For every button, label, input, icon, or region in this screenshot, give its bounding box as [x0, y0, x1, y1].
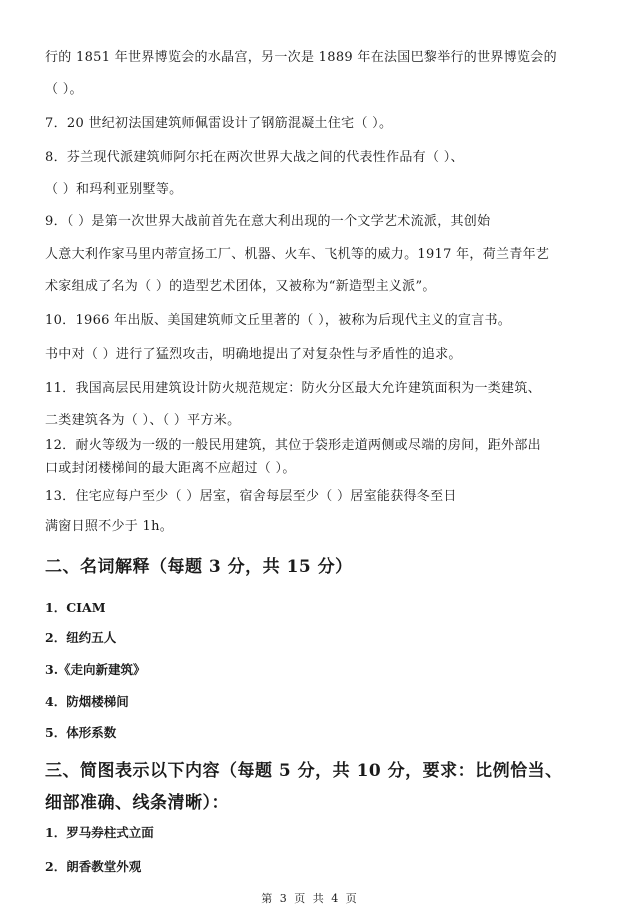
section-2-heading: 二、名词解释（每题 3 分，共 15 分） — [45, 552, 353, 577]
question-8-line-1: 8．芬兰现代派建筑师阿尔托在两次世界大战之间的代表性作品有（ ）、 — [45, 146, 464, 165]
term-item: 5．体形系数 — [45, 723, 116, 741]
question-12-line-2: 口或封闭楼梯间的最大距离不应超过（ ）。 — [45, 457, 296, 476]
question-6-line-2: （ ）。 — [45, 78, 83, 97]
section-3-heading-line-2: 细部准确、线条清晰）： — [45, 788, 229, 813]
question-12-line-1: 12．耐火等级为一级的一般民用建筑，其位于袋形走道两侧或尽端的房间，距外部出 — [45, 434, 541, 453]
term-item: 4．防烟楼梯间 — [45, 692, 129, 710]
page-number: 第 3 页 共 4 页 — [0, 890, 620, 906]
question-10-line-2: 书中对（ ）进行了猛烈攻击，明确地提出了对复杂性与矛盾性的追求。 — [45, 343, 462, 362]
question-13-line-1: 13．住宅应每户至少（ ）居室，宿舍每层至少（ ）居室能获得冬至日 — [45, 485, 457, 504]
question-9-line-3: 术家组成了名为（ ）的造型艺术团体，又被称为“新造型主义派”。 — [45, 275, 436, 294]
question-7: 7．20 世纪初法国建筑师佩雷设计了钢筋混凝土住宅（ ）。 — [45, 112, 392, 131]
question-10-line-1: 10．1966 年出版、美国建筑师文丘里著的（ ），被称为后现代主义的宣言书。 — [45, 309, 511, 328]
term-item: 3.《走向新建筑》 — [45, 660, 146, 678]
question-13-line-2: 满窗日照不少于 1h。 — [45, 515, 173, 534]
question-9-line-2: 人意大利作家马里内蒂宣扬工厂、机器、火车、飞机等的威力。1917 年，荷兰青年艺 — [45, 243, 549, 262]
question-9-line-1: 9．（ ）是第一次世界大战前首先在意大利出现的一个文学艺术流派，其创始 — [45, 210, 490, 229]
drawing-item: 2．朗香教堂外观 — [45, 857, 141, 875]
section-3-heading-line-1: 三、简图表示以下内容（每题 5 分，共 10 分，要求：比例恰当、 — [45, 756, 563, 781]
question-8-line-2: （ ）和玛利亚别墅等。 — [45, 178, 182, 197]
term-item: 2．纽约五人 — [45, 628, 116, 646]
term-item: 1．CIAM — [45, 598, 106, 616]
drawing-item: 1．罗马券柱式立面 — [45, 823, 154, 841]
question-6-line-1: 行的 1851 年世界博览会的水晶宫，另一次是 1889 年在法国巴黎举行的世界… — [45, 46, 557, 65]
question-11-line-1: 11．我国高层民用建筑设计防火规范规定：防火分区最大允许建筑面积为一类建筑、 — [45, 377, 541, 396]
question-11-line-2: 二类建筑各为（ ）、（ ）平方米。 — [45, 409, 240, 428]
